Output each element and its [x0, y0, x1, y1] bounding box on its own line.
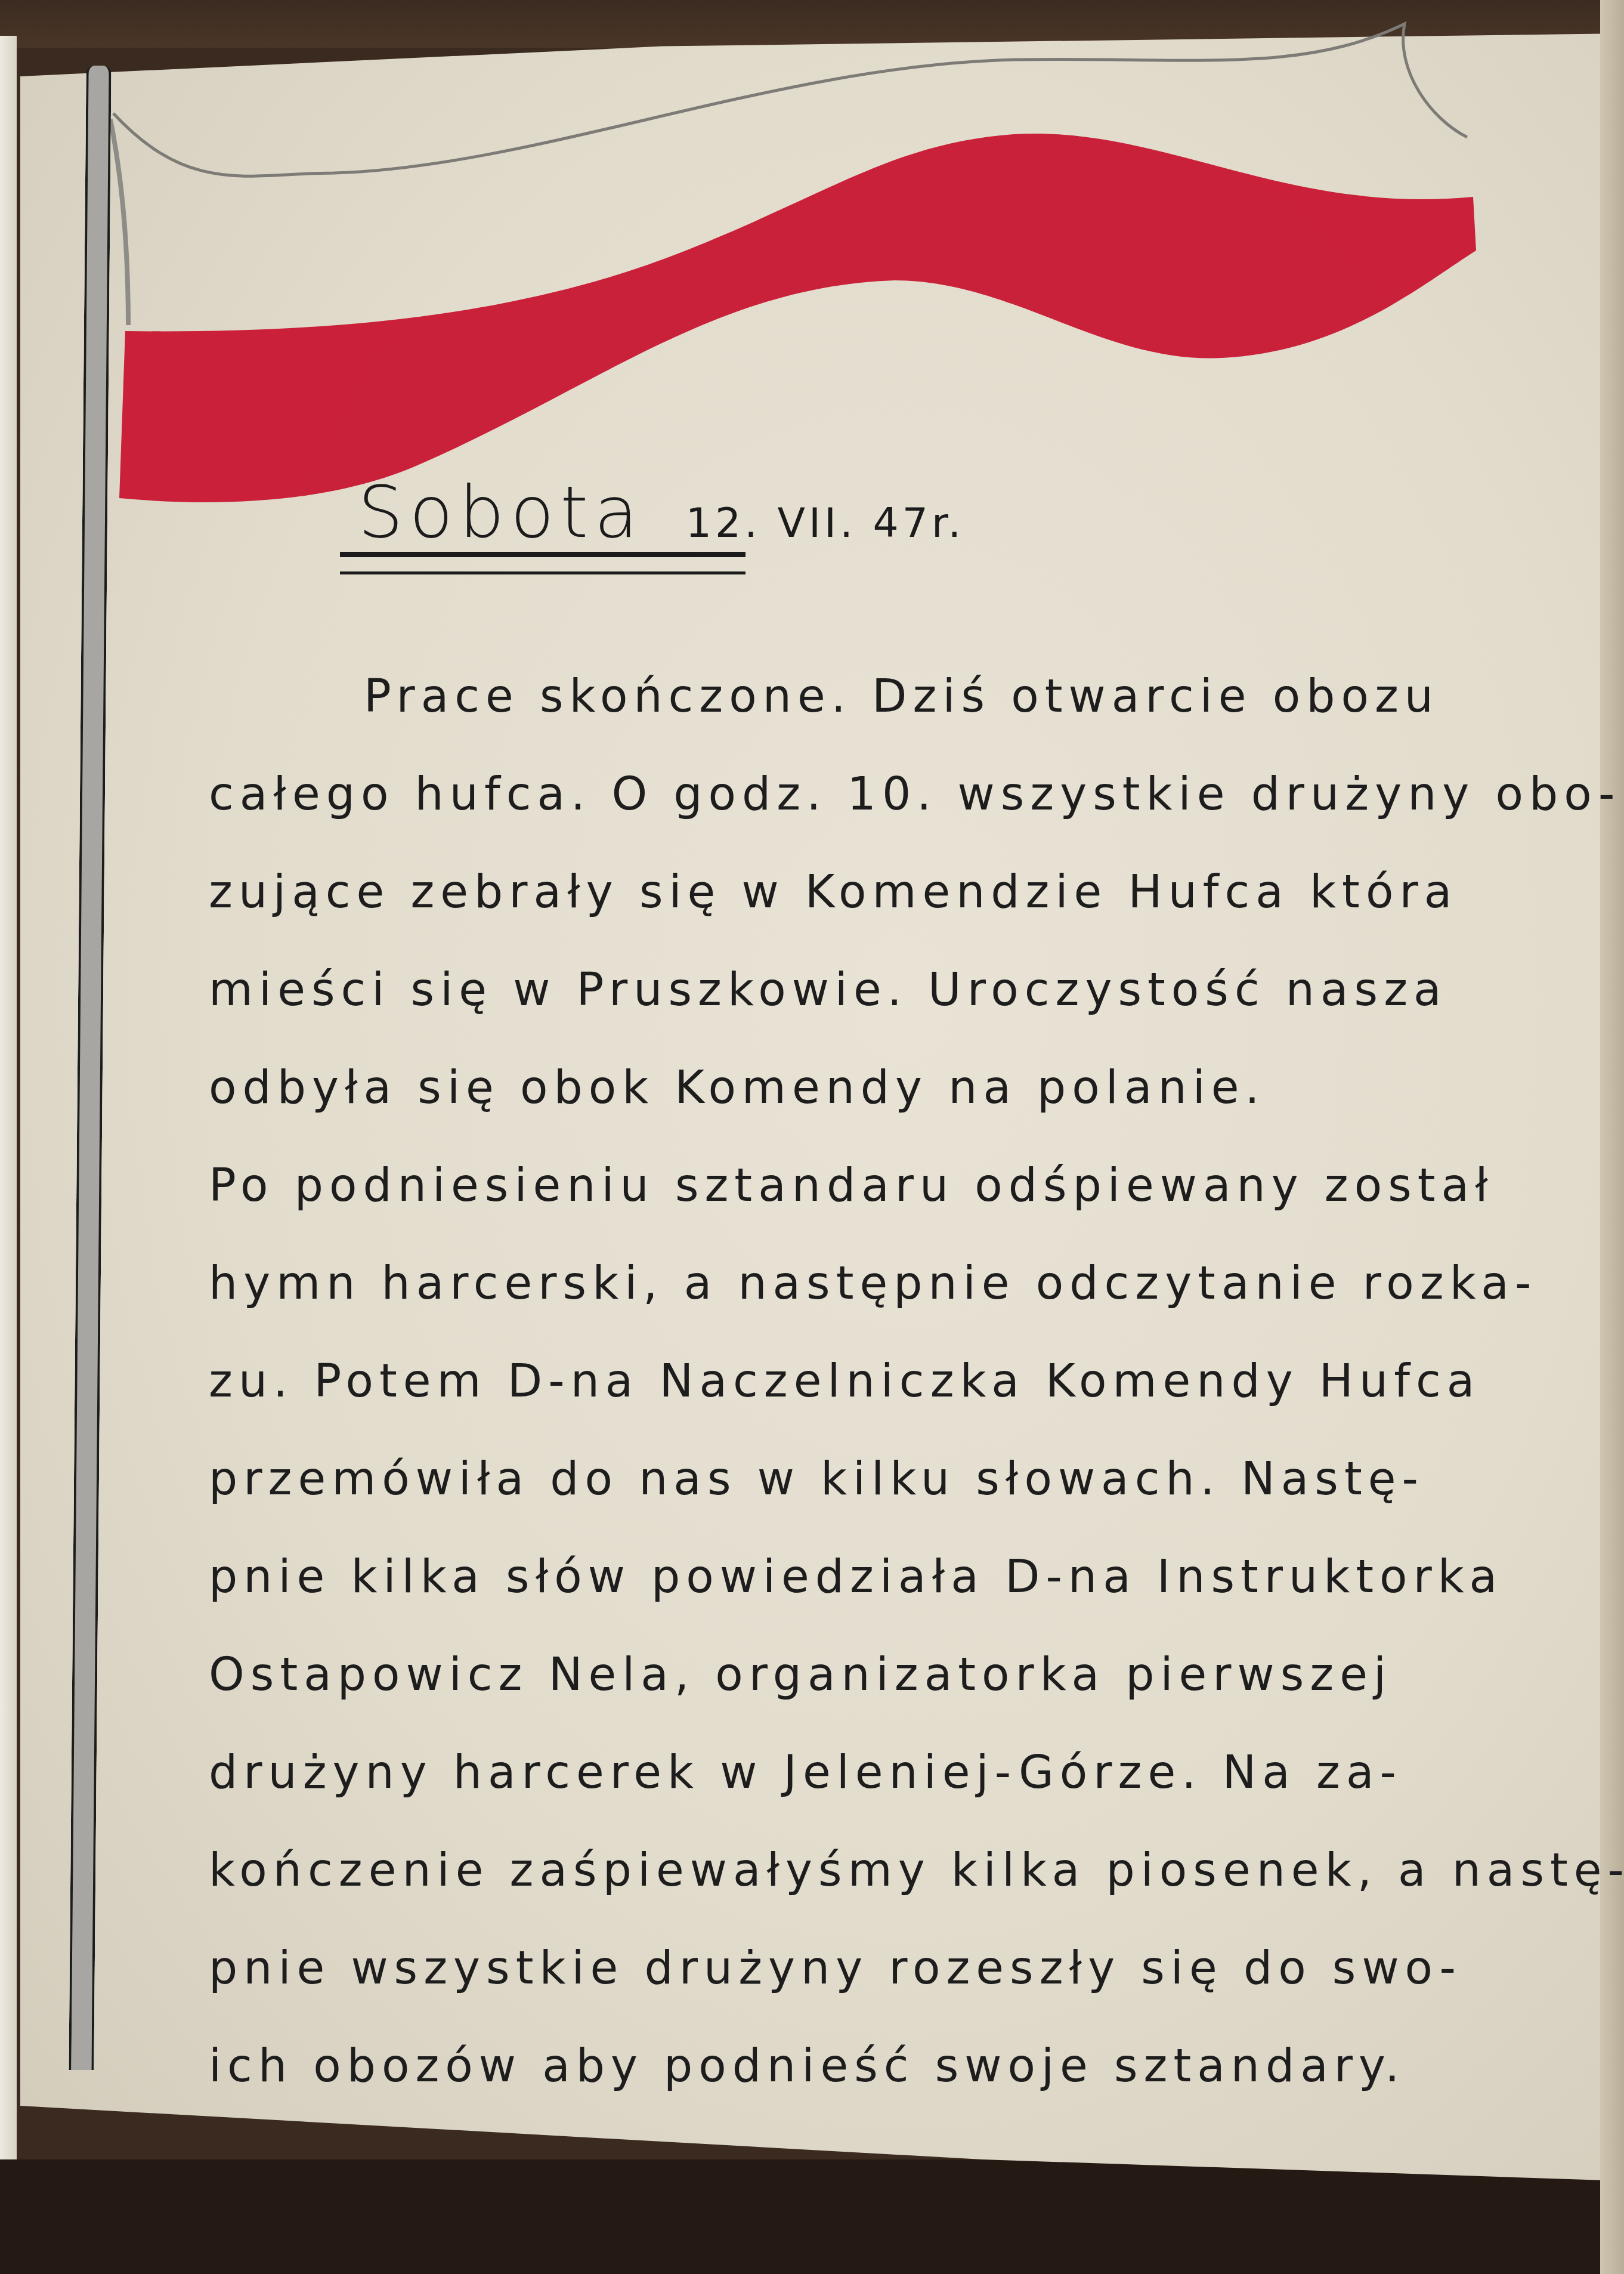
text-line: pnie wszystkie drużyny rozeszły się do s… [209, 1919, 1533, 2017]
entry-body: Prace skończone. Dziś otwarcie obozu cał… [209, 647, 1533, 2115]
table-surface-bottom [0, 2159, 1624, 2274]
text-line: ich obozów aby podnieść swoje sztandary. [209, 2017, 1533, 2115]
text-line: przemówiła do nas w kilku słowach. Nastę… [209, 1430, 1533, 1528]
entry-heading: Sobota 12. VII. 47r. [358, 471, 964, 554]
heading-underline [340, 552, 746, 574]
entry-day: Sobota [358, 471, 644, 554]
text-line: Ostapowicz Nela, organizatorka pierwszej [209, 1626, 1533, 1723]
text-line: całego hufca. O godz. 10. wszystkie druż… [209, 745, 1533, 843]
text-line: Prace skończone. Dziś otwarcie obozu [209, 647, 1533, 745]
text-line: kończenie zaśpiewałyśmy kilka piosenek, … [209, 1821, 1533, 1919]
entry-date: 12. VII. 47r. [686, 500, 964, 547]
flag-red-band [119, 134, 1476, 502]
text-line: hymn harcerski, a następnie odczytanie r… [209, 1234, 1533, 1332]
text-line: zu. Potem D-na Naczelniczka Komendy Hufc… [209, 1332, 1533, 1430]
text-line: odbyła się obok Komendy na polanie. [209, 1039, 1533, 1136]
text-line: Po podniesieniu sztandaru odśpiewany zos… [209, 1136, 1533, 1234]
text-line: pnie kilka słów powiedziała D-na Instruk… [209, 1528, 1533, 1626]
text-line: mieści się w Pruszkowie. Uroczystość nas… [209, 941, 1533, 1039]
text-line: drużyny harcerek w Jeleniej-Górze. Na za… [209, 1723, 1533, 1821]
text-line: zujące zebrały się w Komendzie Hufca któ… [209, 843, 1533, 941]
flag-white-outline [113, 24, 1467, 176]
